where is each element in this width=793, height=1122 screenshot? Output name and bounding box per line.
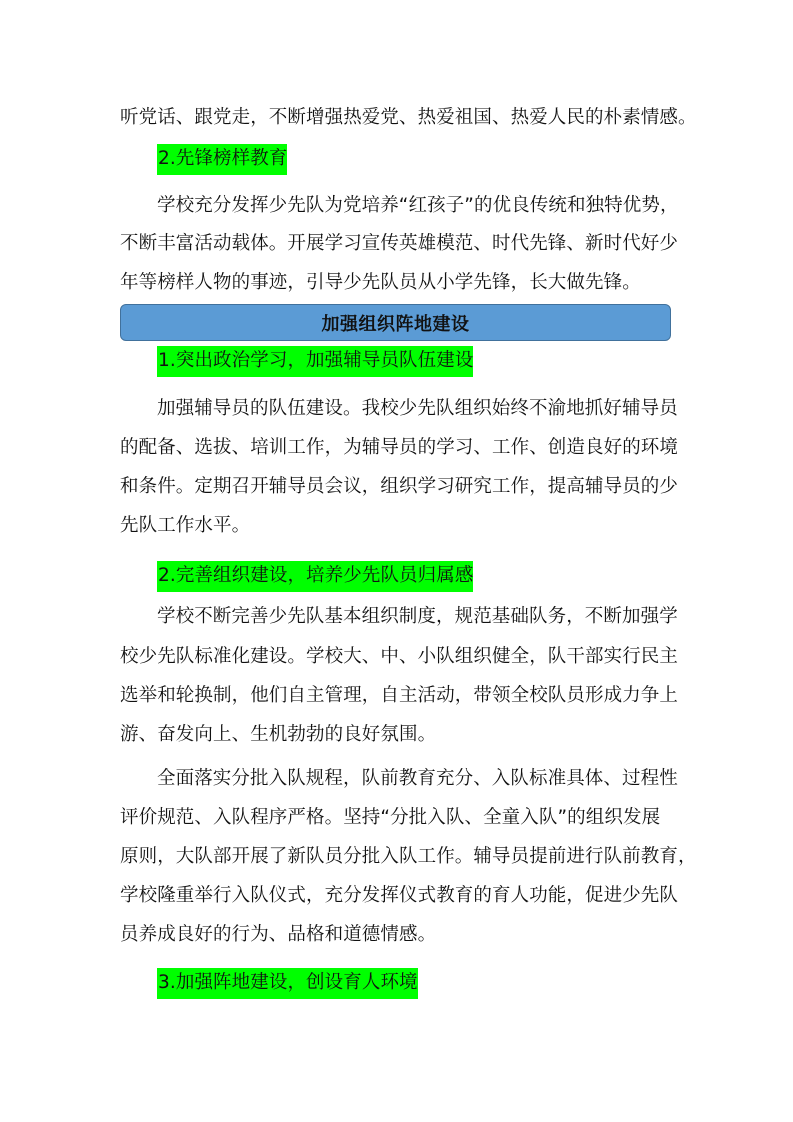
paragraph-line: 不断丰富活动载体。开展学习宣传英雄模范、时代先锋、新时代好少 — [120, 232, 680, 256]
paragraph-line: 学校不断完善少先队基本组织制度，规范基础队务，不断加强学 — [157, 605, 717, 629]
paragraph-line: 和条件。定期召开辅导员会议，组织学习研究工作，提高辅导员的少 — [120, 475, 680, 499]
highlighted-heading-text: 2.完善组织建设，培养少先队员归属感 — [157, 561, 473, 592]
section-banner: 加强组织阵地建设 — [120, 304, 671, 341]
section-banner-title: 加强组织阵地建设 — [322, 310, 470, 336]
subsection-heading: 3.加强阵地建设，创设育人环境 — [157, 968, 717, 999]
paragraph-line: 年等榜样人物的事迹，引导少先队员从小学先锋，长大做先锋。 — [120, 271, 680, 295]
paragraph-line: 学校隆重举行入队仪式，充分发挥仪式教育的育人功能，促进少先队 — [120, 884, 680, 908]
subsection-heading: 1.突出政治学习，加强辅导员队伍建设 — [157, 346, 717, 377]
paragraph-line: 的配备、选拔、培训工作，为辅导员的学习、工作、创造良好的环境 — [120, 436, 680, 460]
paragraph-line: 选举和轮换制，他们自主管理，自主活动，带领全校队员形成力争上 — [120, 684, 680, 708]
subsection-heading: 2.先锋榜样教育 — [157, 144, 717, 175]
document-page: 听党话、跟党走，不断增强热爱党、热爱祖国、热爱人民的朴素情感。 2.先锋榜样教育… — [0, 0, 793, 1122]
paragraph-line: 听党话、跟党走，不断增强热爱党、热爱祖国、热爱人民的朴素情感。 — [120, 106, 680, 130]
paragraph-line: 评价规范、入队程序严格。坚持“分批入队、全童入队”的组织发展 — [120, 806, 680, 830]
paragraph-line: 学校充分发挥少先队为党培养“红孩子”的优良传统和独特优势， — [157, 194, 717, 218]
paragraph-line: 原则，大队部开展了新队员分批入队工作。辅导员提前进行队前教育， — [120, 845, 680, 869]
subsection-heading: 2.完善组织建设，培养少先队员归属感 — [157, 561, 717, 592]
highlighted-heading-text: 3.加强阵地建设，创设育人环境 — [157, 968, 418, 999]
highlighted-heading-text: 2.先锋榜样教育 — [157, 144, 287, 175]
paragraph-line: 游、奋发向上、生机勃勃的良好氛围。 — [120, 723, 680, 747]
paragraph-line: 加强辅导员的队伍建设。我校少先队组织始终不渝地抓好辅导员 — [157, 397, 717, 421]
paragraph-line: 校少先队标准化建设。学校大、中、小队组织健全，队干部实行民主 — [120, 645, 680, 669]
highlighted-heading-text: 1.突出政治学习，加强辅导员队伍建设 — [157, 346, 473, 377]
paragraph-line: 全面落实分批入队规程，队前教育充分、入队标准具体、过程性 — [157, 767, 717, 791]
paragraph-line: 先队工作水平。 — [120, 514, 680, 538]
paragraph-line: 员养成良好的行为、品格和道德情感。 — [120, 923, 680, 947]
